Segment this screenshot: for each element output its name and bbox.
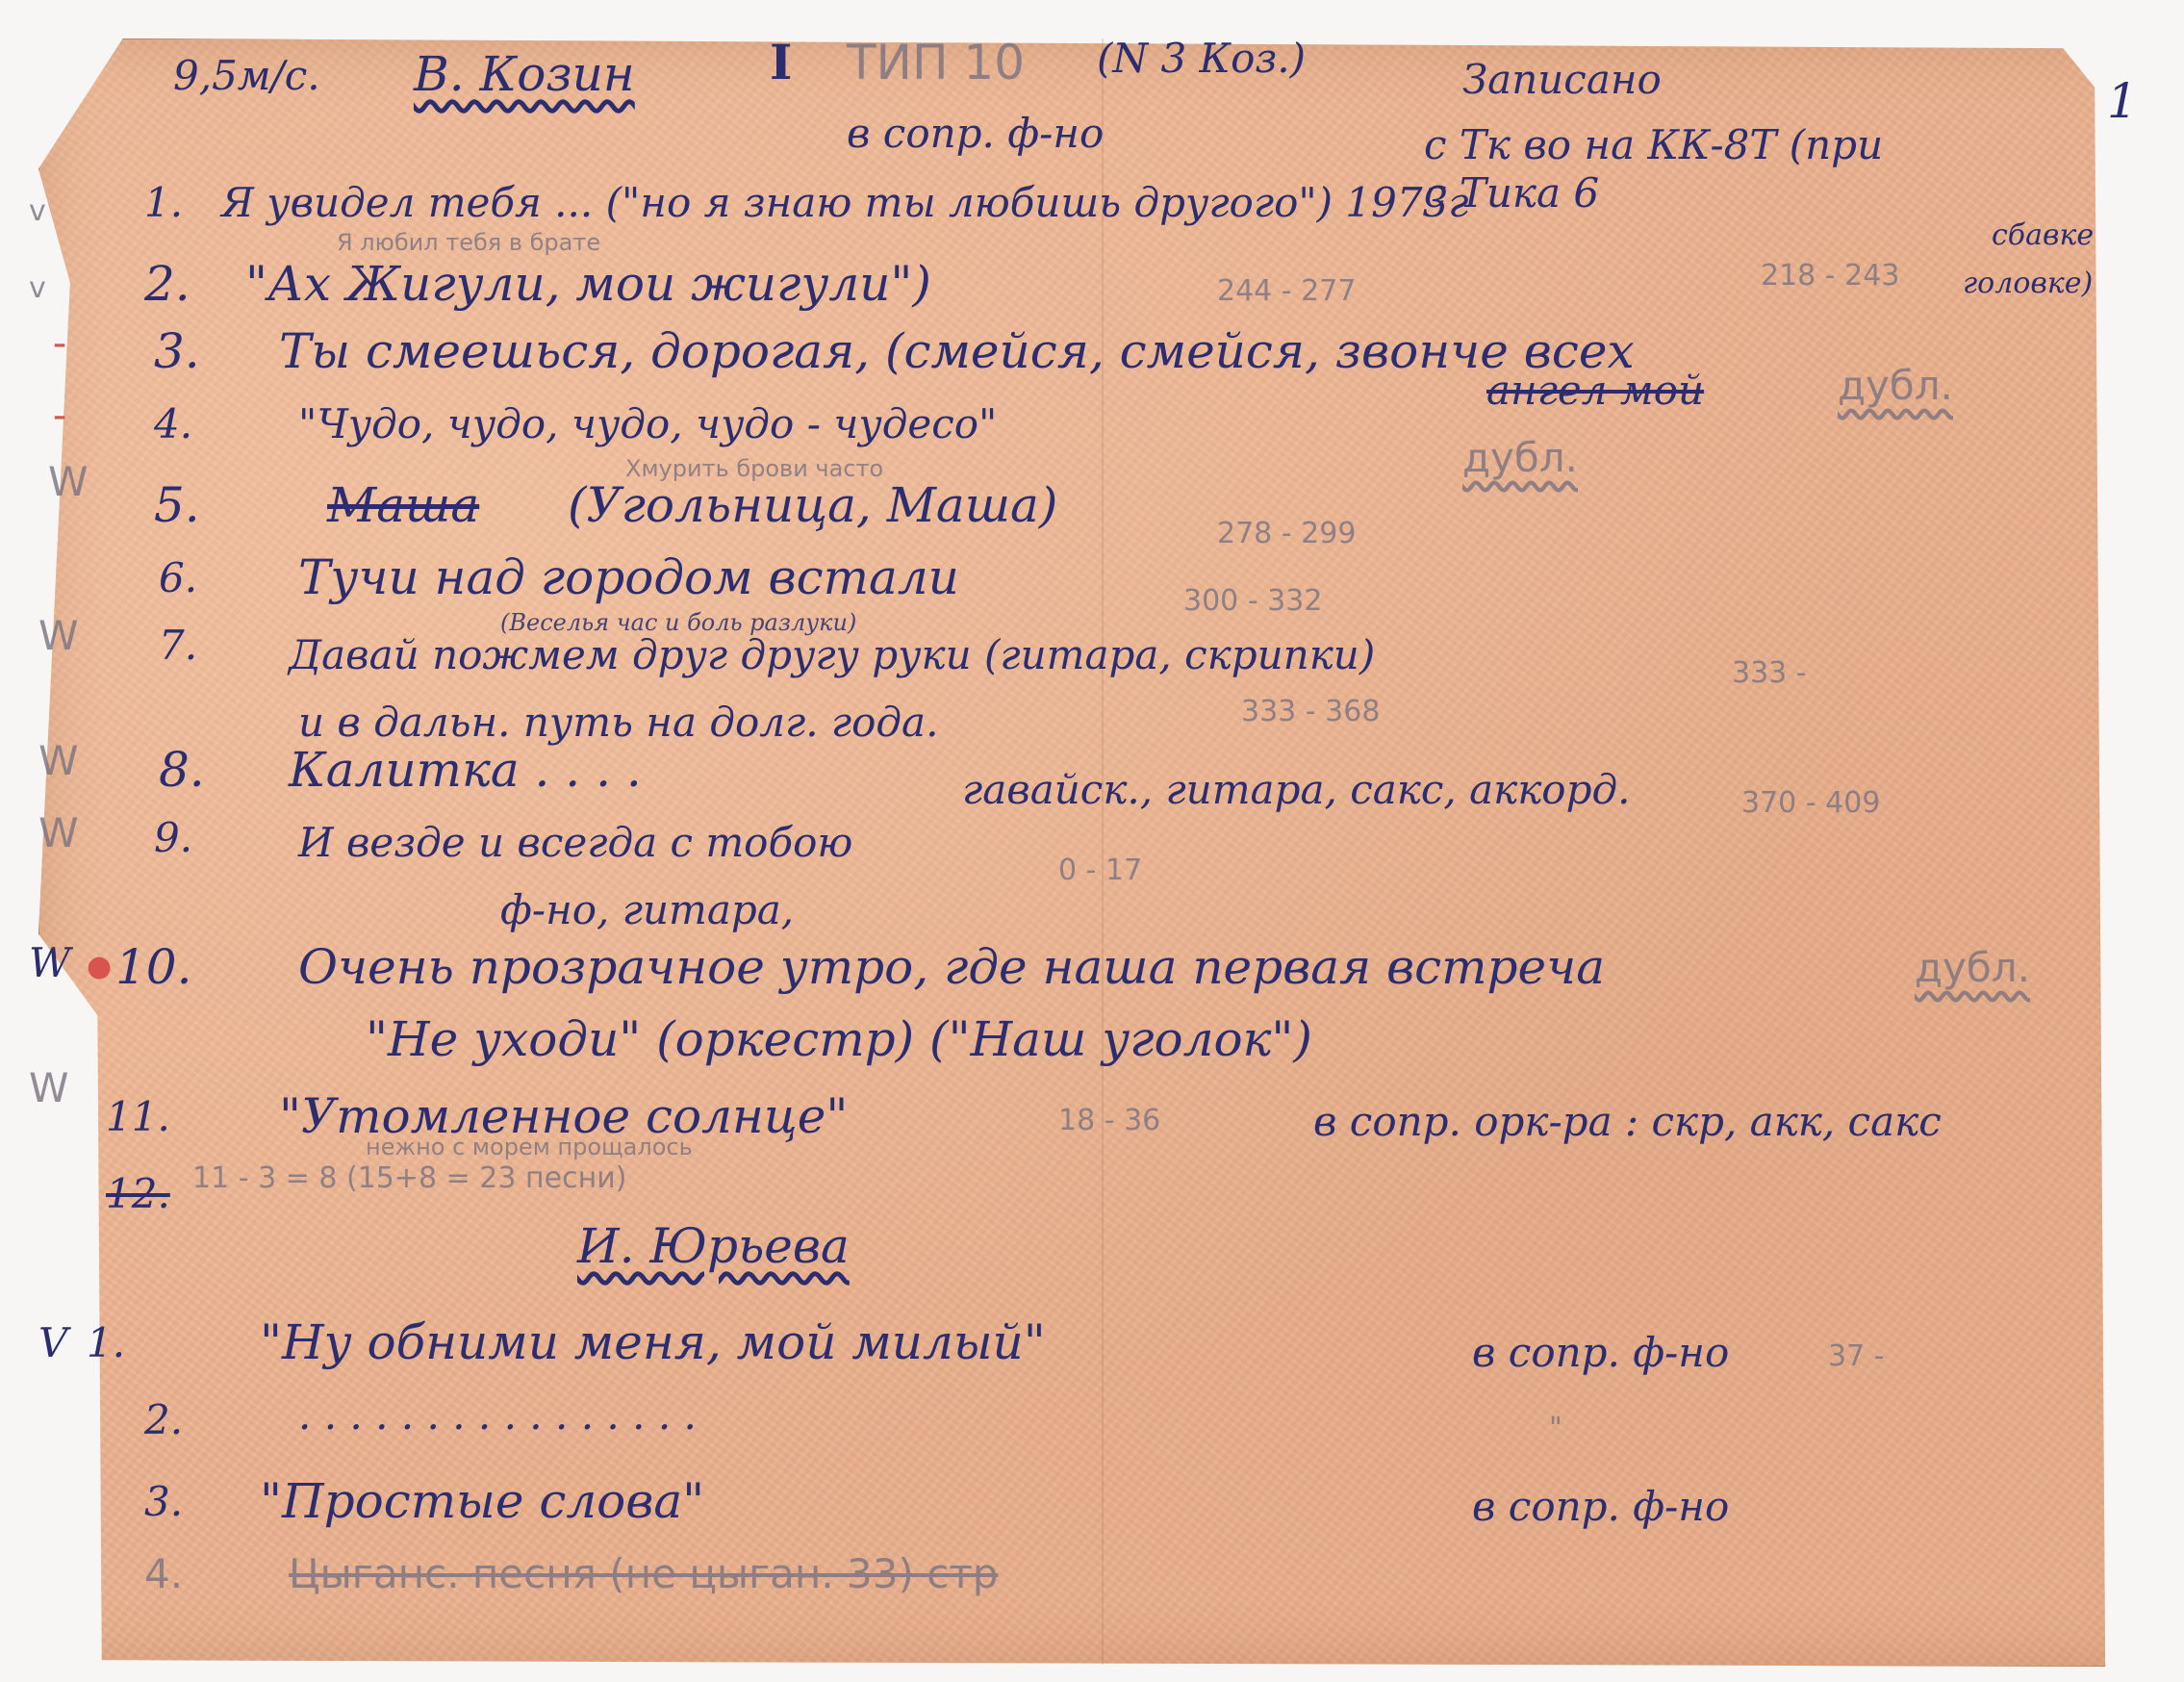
check-mark: W <box>48 462 89 502</box>
red-mark: - <box>53 395 66 435</box>
song-title: Ты смеешься, дорогая, (смейся, смейся, з… <box>279 327 1635 375</box>
tape-range: 333 - 368 <box>1241 698 1380 726</box>
pencil-note: Я любил тебя в брате <box>337 231 600 254</box>
part-number: I <box>770 38 792 87</box>
song-title: (Угольница, Маша) <box>568 481 1057 529</box>
instruments: гавайск., гитара, сакс, аккорд. <box>962 770 1630 810</box>
song-title: "Простые слова" <box>260 1477 704 1525</box>
song-title: И везде и всегда с тобою <box>298 823 852 863</box>
type-stamp: ТИП 10 <box>847 38 1025 87</box>
song-title: Я увидел тебя ... ("но я знаю ты любишь … <box>221 183 1469 223</box>
tape-range: 37 - <box>1828 1342 1885 1371</box>
tape-range: 300 - 332 <box>1183 587 1322 616</box>
song-title-line2: "Не уходи" (оркестр) ("Наш уголок") <box>366 1015 1312 1063</box>
recording-note-extra: сбавке <box>1992 221 2094 250</box>
duplicate-note: дубл. <box>1915 948 2030 988</box>
song-title: Калитка . . . . <box>289 746 642 794</box>
accompaniment: в сопр. ф-но <box>1472 1487 1729 1527</box>
song-number: 1. <box>87 1323 125 1363</box>
check-mark: v <box>29 274 46 303</box>
song-title: . . . . . . . . . . . . . . . . <box>298 1395 697 1436</box>
tape-range: 0 - 17 <box>1058 856 1142 885</box>
page-number: 1 <box>2107 77 2138 125</box>
song-title: "Ну обними меня, мой милый" <box>260 1318 1046 1366</box>
song-number: 2. <box>144 1400 183 1440</box>
recording-note-extra2: головке) <box>1963 269 2093 298</box>
check-mark: W <box>29 943 70 983</box>
tape-range: 244 - 277 <box>1217 277 1356 306</box>
song-number: 12. <box>106 1174 170 1214</box>
pencil-note: нежно с морем прощалось <box>366 1135 693 1159</box>
song-number: 3. <box>144 1482 183 1522</box>
red-mark: ● <box>87 953 112 981</box>
pencil-note: (Веселья час и боль разлуки) <box>500 611 856 634</box>
struck-title: Маша <box>327 481 479 529</box>
song-number: 1. <box>144 183 183 223</box>
check-mark: W <box>38 741 79 781</box>
instruments: ф-но, гитара, <box>500 890 794 930</box>
song-number: 11. <box>106 1097 170 1137</box>
red-mark: - <box>53 322 66 363</box>
tape-range-alt: 333 - <box>1732 659 1807 688</box>
catalog-code: 9,5м/с. <box>173 56 320 96</box>
song-number: 7. <box>159 625 197 666</box>
song-title: Очень прозрачное утро, где наша первая в… <box>298 943 1605 991</box>
check-mark: v <box>29 197 46 226</box>
song-number: 8. <box>159 746 205 794</box>
song-title: Давай пожмем друг другу руки (гитара, ск… <box>289 635 1375 675</box>
check-mark: V <box>38 1323 67 1363</box>
tape-range: 278 - 299 <box>1217 520 1356 548</box>
duplicate-note: дубл. <box>1462 438 1578 478</box>
song-number: 4. <box>144 1554 183 1594</box>
song-title: Тучи над городом встали <box>298 553 959 601</box>
song-title: "Чудо, чудо, чудо, чудо - чудесо" <box>298 404 997 445</box>
struck-text: ангел мой <box>1486 370 1704 411</box>
tape-range: 218 - 243 <box>1761 262 1899 291</box>
paper-fold <box>1102 38 1104 1665</box>
recording-note-2: с Тк во на КК-8Т (при <box>1424 125 1883 166</box>
tape-range: 370 - 409 <box>1741 789 1880 818</box>
song-number: 9. <box>154 818 192 858</box>
duplicate-note: дубл. <box>1838 366 1953 406</box>
pencil-note: Хмурить брови часто <box>625 457 883 480</box>
recording-note-1: Записано <box>1462 60 1662 100</box>
song-number: 6. <box>159 558 197 599</box>
check-mark: W <box>29 1068 69 1109</box>
check-mark: W <box>38 813 79 854</box>
reference-number: (N 3 Коз.) <box>1097 38 1306 79</box>
header-accompaniment: в сопр. ф-но <box>847 114 1104 154</box>
accompaniment: в сопр. ф-но <box>1472 1333 1729 1373</box>
song-title-line2: и в дальн. путь на долг. года. <box>298 702 938 743</box>
count-note: 11 - 3 = 8 (15+8 = 23 песни) <box>192 1164 626 1193</box>
struck-title: Цыганс. песня (не цыган. 33) стр <box>289 1554 998 1594</box>
performer-name: В. Козин <box>414 50 635 98</box>
song-number: 3. <box>154 327 200 375</box>
tape-range: 18 - 36 <box>1058 1107 1160 1135</box>
song-number: 2. <box>144 260 190 308</box>
section2-performer: И. Юрьева <box>577 1222 850 1270</box>
accompaniment: в сопр. орк-ра : скр, акк, сакс <box>1313 1102 1942 1142</box>
check-mark: W <box>38 616 79 656</box>
song-number: 10. <box>115 943 192 991</box>
song-number: 5. <box>154 481 200 529</box>
song-number: 4. <box>154 404 192 445</box>
ditto-mark: " <box>1549 1414 1562 1443</box>
song-title: "Ах Жигули, мои жигули") <box>245 260 931 308</box>
